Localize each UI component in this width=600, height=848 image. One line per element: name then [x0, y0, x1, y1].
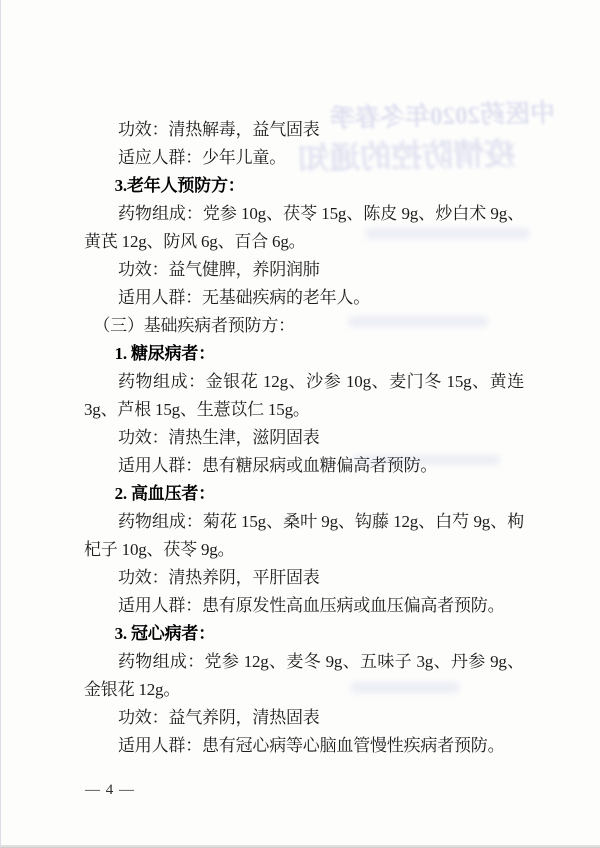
paragraph: 功效：益气养阴，清热固表: [84, 704, 524, 732]
scan-edge-left: [0, 0, 1, 848]
scanned-document-page: 中医药2020年冬春季 疫情防控的通知 功效：清热解毒，益气固表适应人群：少年儿…: [0, 0, 600, 848]
paragraph: 功效：清热解毒，益气固表: [84, 116, 524, 144]
paragraph: 药物组成：菊花 15g、桑叶 9g、钩藤 12g、白芍 9g、枸杞子 10g、茯…: [84, 508, 524, 564]
paragraph: 适应人群：少年儿童。: [84, 144, 524, 172]
page-number: — 4 —: [85, 782, 135, 799]
paragraph: 功效：清热生津，滋阴固表: [84, 424, 524, 452]
paragraph: 适用人群：患有糖尿病或血糖偏高者预防。: [84, 452, 524, 480]
paragraph: 适用人群：无基础疾病的老年人。: [84, 284, 524, 312]
paragraph: 功效：清热养阴，平肝固表: [84, 564, 524, 592]
section-heading: （三）基础疾病者预防方：: [84, 312, 524, 340]
paragraph: 适用人群：患有原发性高血压病或血压偏高者预防。: [84, 592, 524, 620]
numbered-heading: 3.老年人预防方：: [84, 172, 524, 200]
paragraph: 功效：益气健脾，养阴润肺: [84, 256, 524, 284]
numbered-heading: 1. 糖尿病者：: [84, 340, 524, 368]
numbered-heading: 2. 高血压者：: [84, 480, 524, 508]
paragraph: 药物组成：党参 12g、麦冬 9g、五味子 3g、丹参 9g、金银花 12g。: [84, 648, 524, 704]
paragraph: 适用人群：患有冠心病等心脑血管慢性疾病者预防。: [84, 732, 524, 760]
numbered-heading: 3. 冠心病者：: [84, 620, 524, 648]
paragraph: 药物组成：金银花 12g、沙参 10g、麦门冬 15g、黄连 3g、芦根 15g…: [84, 368, 524, 424]
paragraph: 药物组成：党参 10g、茯苓 15g、陈皮 9g、炒白术 9g、黄芪 12g、防…: [84, 200, 524, 256]
document-body: 功效：清热解毒，益气固表适应人群：少年儿童。3.老年人预防方：药物组成：党参 1…: [84, 116, 524, 760]
